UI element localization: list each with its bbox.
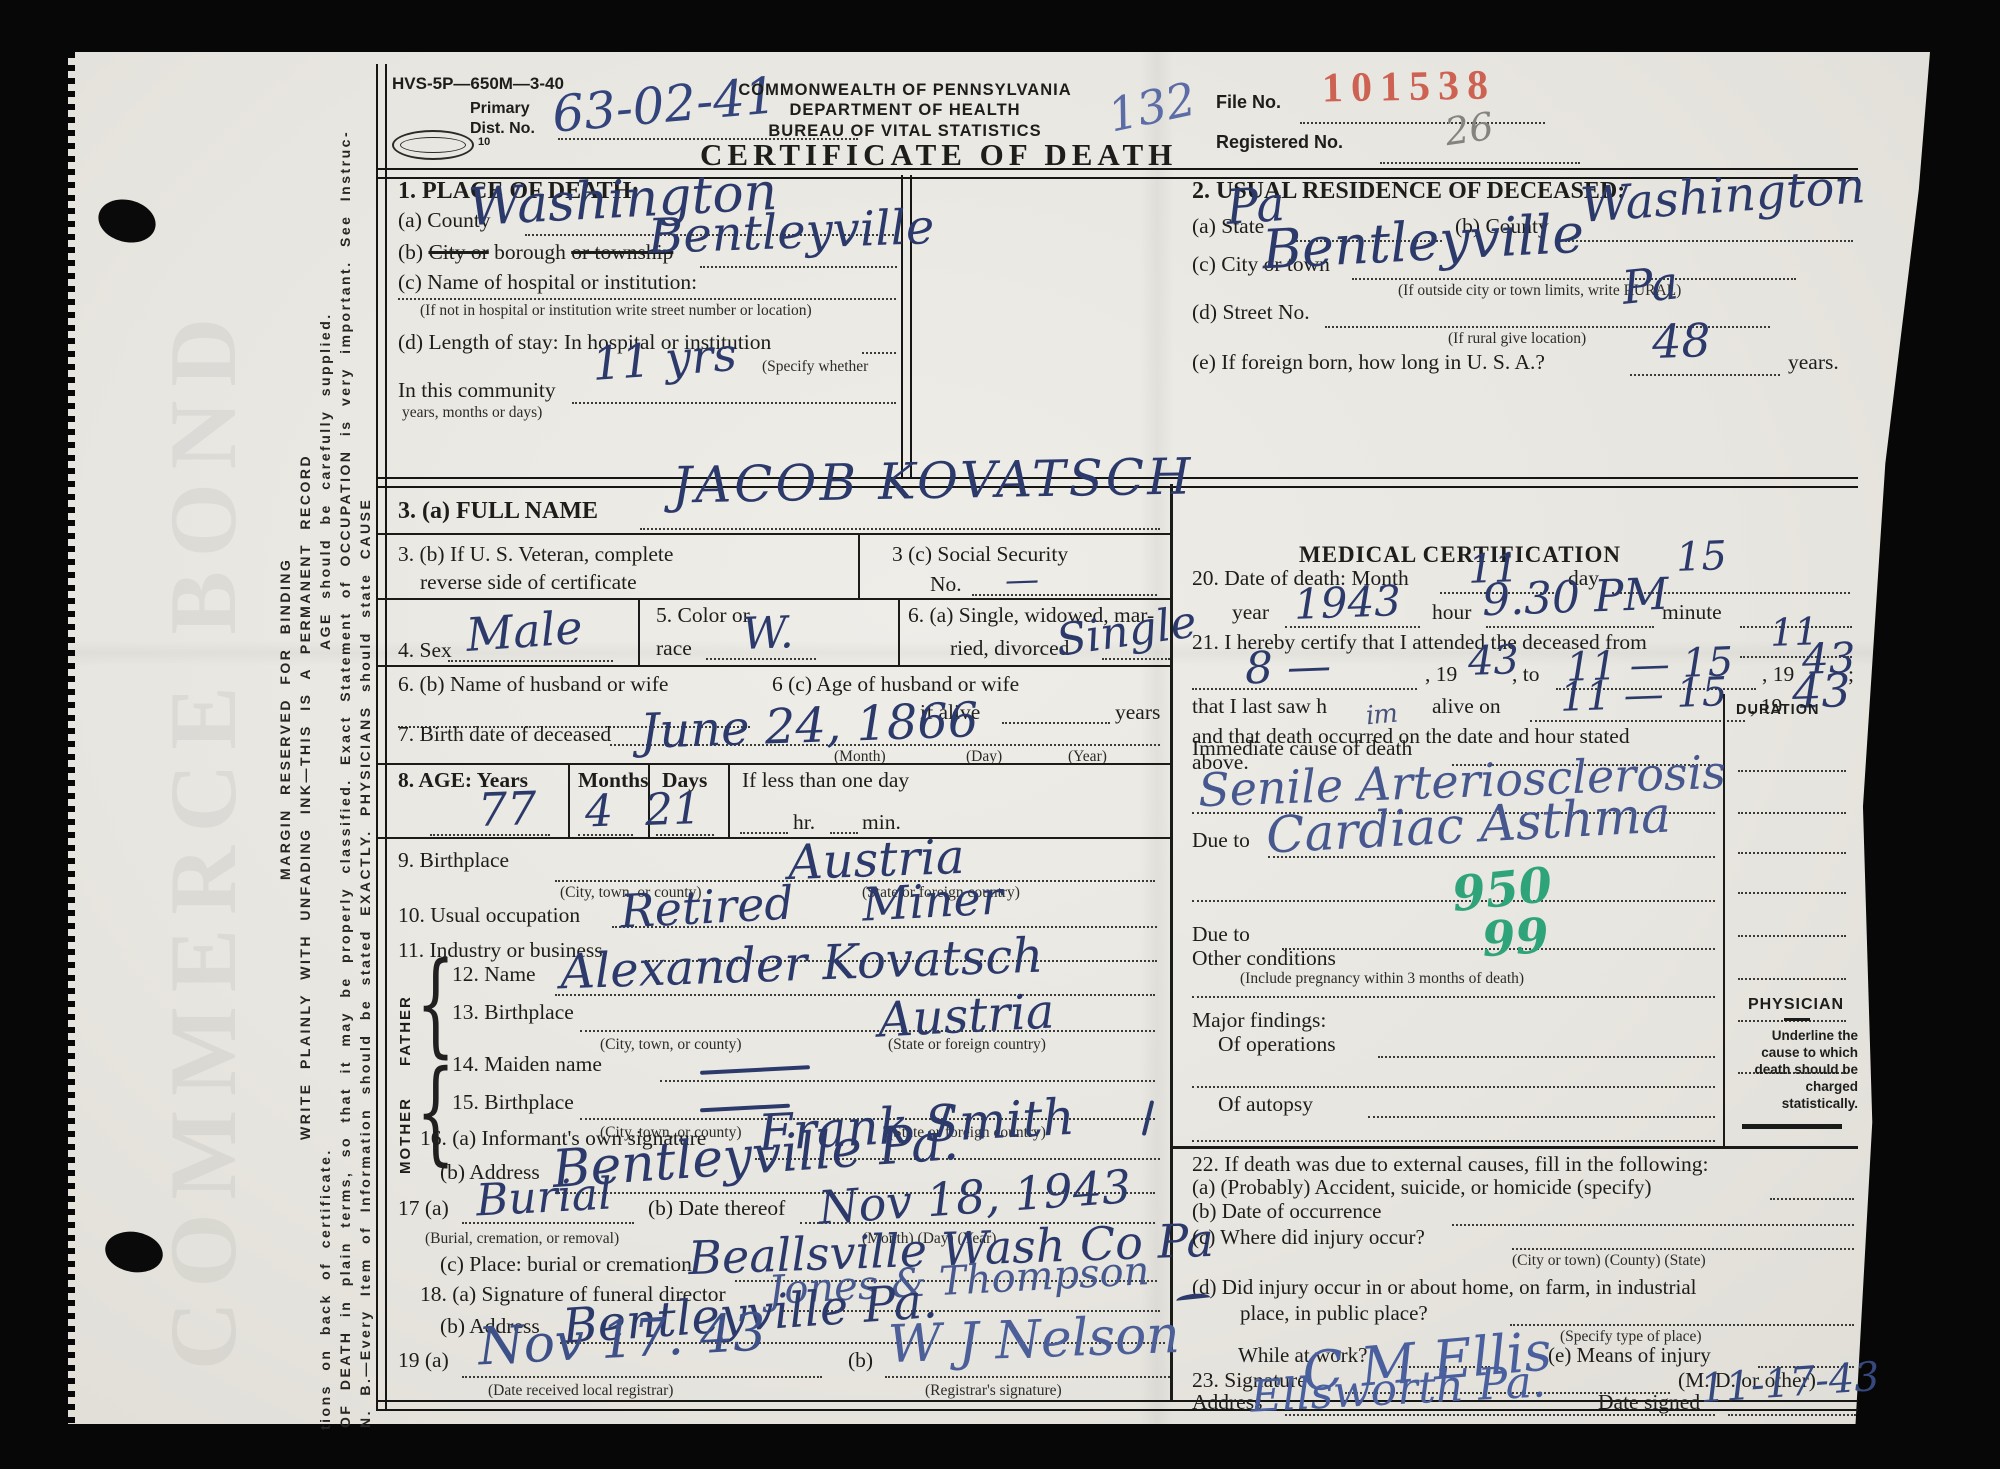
dotted-line <box>972 594 1157 596</box>
operations-label: Of operations <box>1218 1032 1336 1056</box>
dotted-line <box>1192 1140 1715 1142</box>
community-label: In this community <box>398 378 556 402</box>
dotted-line <box>578 834 633 836</box>
duration-stub <box>1738 770 1846 772</box>
sex-label: 4. Sex <box>398 638 452 662</box>
duration-stub <box>1738 892 1846 894</box>
community-handwritten: 11 yrs <box>590 327 738 391</box>
dotted-line <box>1352 278 1796 280</box>
dotted-line <box>700 266 897 268</box>
printed-19a: , 19 <box>1425 662 1457 686</box>
physician-title: PHYSICIAN <box>1734 996 1858 1014</box>
cell-divider <box>858 535 860 598</box>
attended-from2-handwritten: 8 — <box>1244 641 1332 695</box>
printed-19b: , 19 <box>1762 662 1794 686</box>
age-years-handwritten: 77 <box>477 781 537 837</box>
maiden-name-label: 14. Maiden name <box>452 1052 602 1076</box>
occupation-handwritten-1: Retired <box>619 875 795 938</box>
burial-place-label: (c) Place: burial or cremation <box>440 1252 692 1276</box>
years-suffix: years <box>1115 700 1160 724</box>
to-label: , to <box>1512 662 1539 686</box>
last-saw-handwritten: 11 — 15 <box>1559 669 1728 721</box>
file-no-label: File No. <box>1216 92 1281 112</box>
foreign-suffix: years. <box>1788 350 1839 374</box>
org-line-1: COMMONWEALTH OF PENNSYLVANIA <box>700 80 1110 101</box>
dotted-line <box>660 1080 1155 1082</box>
paper-deckle-edge <box>63 52 75 1424</box>
margin-note-binding: MARGIN RESERVED FOR BINDING <box>278 510 294 880</box>
year-label: year <box>1232 600 1269 624</box>
burial-date-label: (b) Date thereof <box>648 1196 785 1220</box>
row-line <box>378 837 1172 839</box>
form-left-border <box>376 64 387 1410</box>
dotted-line <box>740 832 788 834</box>
veteran-line2: reverse side of certificate <box>420 570 637 594</box>
race-handwritten: W. <box>741 607 794 660</box>
dotted-line <box>462 1376 822 1378</box>
margin-note-nb-1: N. B.—Every Item of Information should b… <box>358 90 374 1428</box>
medical-heading: MEDICAL CERTIFICATION <box>1190 542 1730 568</box>
age-less-label: If less than one day <box>742 768 909 792</box>
alive-label: alive on <box>1432 694 1501 718</box>
struck-city-or: City or <box>428 240 488 264</box>
registered-no-pencil: 26 <box>1442 105 1496 154</box>
primary-label: Primary <box>470 100 530 118</box>
autopsy-label: Of autopsy <box>1218 1092 1313 1116</box>
dotted-line <box>862 352 896 354</box>
street-note: (If rural give location) <box>1448 330 1586 348</box>
external-a-label: (a) (Probably) Accident, suicide, or hom… <box>1192 1176 1652 1200</box>
community-note: years, months or days) <box>402 404 542 422</box>
city-state-handwritten: Pa <box>1619 255 1681 315</box>
dotted-line <box>1368 1116 1715 1118</box>
registrar-sig-note: (Registrar's signature) <box>925 1382 1062 1400</box>
cell-divider <box>568 763 570 837</box>
birthdate-handwritten: June 24, 1866 <box>639 692 979 760</box>
state-country-note: (State or foreign country) <box>888 1036 1046 1054</box>
registrar-date-note: (Date received local registrar) <box>488 1382 673 1400</box>
dotted-line <box>1452 1224 1854 1226</box>
ss-line2: No. <box>930 572 962 596</box>
registrar-a-label: 19 (a) <box>398 1348 449 1372</box>
burial-type-handwritten: Burial <box>475 1168 614 1226</box>
color-line1: 5. Color or <box>656 603 750 627</box>
physician-note: Underline the cause to which death shoul… <box>1734 1028 1858 1112</box>
cell-divider <box>728 763 730 837</box>
row-line <box>378 763 1172 765</box>
duration-stub <box>1738 852 1846 854</box>
dotted-line <box>1770 1198 1854 1200</box>
due1-label: Due to <box>1192 828 1250 852</box>
other-conditions-label: Other conditions <box>1192 946 1336 970</box>
means-of-injury-label: (e) Means of injury <box>1548 1344 1711 1368</box>
fullname-handwritten: JACOB KOVATSCH <box>672 447 1195 514</box>
due2-label: Due to <box>1192 922 1250 946</box>
dotted-line <box>1192 1086 1715 1088</box>
dotted-line <box>1512 1248 1854 1250</box>
occupation-label: 10. Usual occupation <box>398 903 580 927</box>
other-conditions-note: (Include pregnancy within 3 months of de… <box>1240 970 1524 988</box>
row-line <box>378 665 1172 667</box>
margin-note-nb-3: tions on back of certificate. <box>318 1185 334 1430</box>
duration-heavy-dash <box>1742 1124 1842 1129</box>
dotted-line <box>1192 996 1715 998</box>
registrar-sig-handwritten: W J Nelson <box>887 1305 1181 1375</box>
dotted-line <box>656 834 714 836</box>
dotted-line <box>580 1030 1155 1032</box>
city-town-note: (City, town, or county) <box>600 1036 742 1054</box>
death-hour-handwritten: 9.30 PM <box>1481 569 1669 626</box>
burial-a-note: (Burial, cremation, or removal) <box>425 1230 619 1248</box>
duration-stub <box>1738 978 1846 980</box>
green-code-2: 99 <box>1480 908 1551 969</box>
dotted-line <box>430 834 550 836</box>
dotted-line <box>640 528 1160 530</box>
spouse-age-label: 6 (c) Age of husband or wife <box>772 672 1019 696</box>
father-bp-label: 13. Birthplace <box>452 1000 574 1024</box>
cell-divider <box>638 598 640 665</box>
dotted-line <box>572 402 896 404</box>
dotted-line <box>1002 722 1110 724</box>
burial-a-label: 17 (a) <box>398 1196 449 1220</box>
ss-line1: 3 (c) Social Security <box>892 542 1068 566</box>
mother-label: MOTHER <box>398 1066 415 1174</box>
fullname-label: 3. (a) FULL NAME <box>398 498 598 525</box>
hour-label: hour <box>1432 600 1471 624</box>
plate-number: 10 <box>478 136 490 148</box>
foreign-years-handwritten: 48 <box>1651 313 1711 369</box>
dotted-line <box>1486 626 1654 628</box>
age-months-handwritten: 4 <box>584 786 614 838</box>
sex-handwritten: Male <box>464 600 584 662</box>
physician-dash <box>1784 1018 1810 1021</box>
father-label: FATHER <box>398 958 415 1066</box>
margin-note-nb-2: OF DEATH in plain terms, so that it may … <box>338 90 354 1428</box>
dotted-line <box>1378 1056 1715 1058</box>
duration-label: DURATION <box>1736 702 1819 718</box>
death-year-handwritten: 1943 <box>1293 576 1402 629</box>
form-code: HVS-5P—650M—3-40 <box>392 74 564 93</box>
death-day-handwritten: 15 <box>1675 533 1727 581</box>
birthplace-label: 9. Birthplace <box>398 848 509 872</box>
veteran-line1: 3. (b) If U. S. Veteran, complete <box>398 542 673 566</box>
hr-label: hr. <box>793 810 815 834</box>
paper-watermark: COMMERCE BOND <box>150 290 256 1370</box>
cell-divider <box>898 598 900 665</box>
age-days-handwritten: 21 <box>644 783 702 836</box>
hospital-label: (c) Name of hospital or institution: <box>398 270 697 294</box>
minute-label: minute <box>1662 600 1722 624</box>
borough-label: (b) City or borough or township <box>398 240 673 264</box>
registered-no-label: Registered No. <box>1216 132 1343 152</box>
mother-bp-label: 15. Birthplace <box>452 1090 574 1114</box>
dotted-line <box>1380 162 1580 164</box>
birthdate-label: 7. Birth date of deceased <box>398 722 611 746</box>
external-d-line1: (d) Did injury occur in or about home, o… <box>1192 1276 1696 1300</box>
color-line2: race <box>656 636 692 660</box>
row-line <box>378 533 1172 535</box>
margin-note-age: AGE should be carefully supplied. <box>318 330 334 650</box>
borough-handwritten: Bentleyville <box>647 199 935 265</box>
duration-stub <box>1738 812 1846 814</box>
margin-note-write-plainly: WRITE PLAINLY WITH UNFADING INK—THIS IS … <box>298 400 314 1140</box>
printers-union-stamp <box>392 130 474 160</box>
external-rule <box>1172 1146 1858 1149</box>
spouse-label: 6. (b) Name of husband or wife <box>398 672 668 696</box>
father-name-label: 12. Name <box>452 962 536 986</box>
dotted-line <box>1300 122 1545 124</box>
last-saw-label: that I last saw h <box>1192 694 1327 718</box>
registrar-b-label: (b) <box>848 1348 873 1372</box>
date-signed-label: Date signed <box>1598 1390 1700 1414</box>
dotted-line <box>1728 1414 1856 1416</box>
dotted-line <box>398 298 896 300</box>
stay-note: (Specify whether <box>762 358 868 376</box>
external-c-note: (City or town) (County) (State) <box>1512 1252 1706 1270</box>
org-line-2: DEPARTMENT OF HEALTH <box>700 101 1110 119</box>
hospital-note: (If not in hospital or institution write… <box>420 302 812 320</box>
dotted-line <box>1510 1324 1854 1326</box>
dotted-line <box>1630 374 1780 376</box>
ss-handwritten: — <box>1004 559 1039 600</box>
external-heading: 22. If death was due to external causes,… <box>1192 1152 1708 1176</box>
foreign-born-label: (e) If foreign born, how long in U. S. A… <box>1192 350 1545 374</box>
external-d-line2: place, in public place? <box>1240 1302 1428 1326</box>
dotted-line <box>885 1376 1170 1378</box>
external-c-label: (c) Where did injury occur? <box>1192 1226 1425 1250</box>
dotted-line <box>1565 240 1853 242</box>
row-line <box>378 598 1172 600</box>
street-label: (d) Street No. <box>1192 300 1310 324</box>
occupation-handwritten-2: Miner <box>861 870 1004 931</box>
file-no-stamp: 101538 <box>1322 62 1497 112</box>
scanned-death-certificate: COMMERCE BOND N. B.—Every Item of Inform… <box>0 0 2000 1469</box>
external-b-label: (b) Date of occurrence <box>1192 1200 1381 1224</box>
major-findings-label: Major findings: <box>1192 1008 1326 1032</box>
marital-line2: ried, divorced <box>950 636 1069 660</box>
mother-brace: { <box>416 1050 455 1175</box>
duration-stub <box>1738 935 1846 937</box>
